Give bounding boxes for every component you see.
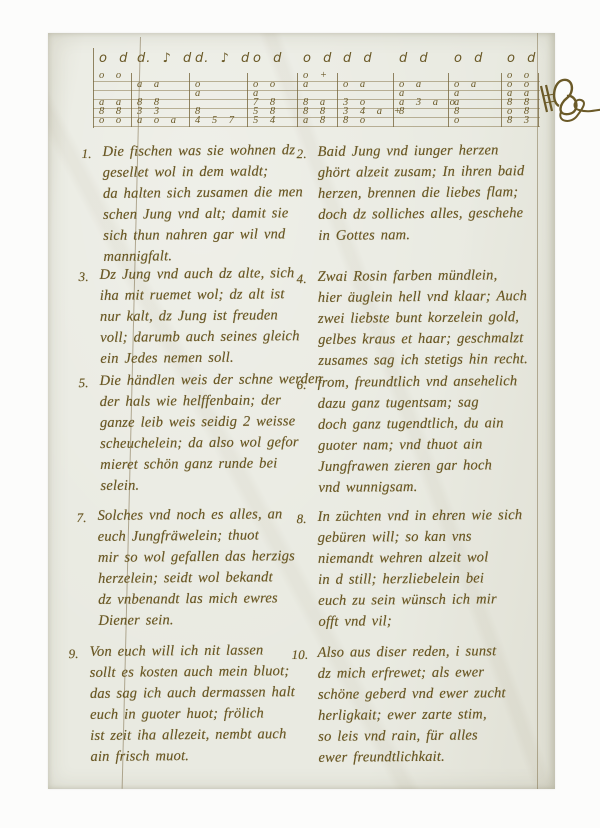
verse-line: euch zu sein wünsch ich mir	[318, 589, 523, 612]
verse-number: 4.	[297, 268, 307, 289]
verse-block: 3.Dz Jung vnd auch dz alte, sichiha mit …	[100, 263, 300, 370]
verse-block: 4.Zwai Rosin farben mündlein,hier äuglei…	[318, 265, 529, 372]
verse-block: 5.Die händlen weis der schne werdender h…	[99, 369, 323, 497]
verse-block: 8.In züchten vnd in ehren wie sichgebüre…	[317, 505, 523, 633]
verse-line: ein Jedes nemen soll.	[100, 347, 300, 370]
verse-line: schen Jung vnd alt; damit sie	[103, 203, 303, 226]
verse-line: ganze leib weis seidig 2 weisse	[100, 411, 323, 434]
verse-line: euch Jungfräwelein; thuot	[98, 525, 295, 548]
verse-line: dazu ganz tugentsam; sag	[318, 392, 518, 415]
verse-line: ist zeit iha allezeit, nembt auch	[90, 724, 295, 747]
verse-line: Also aus diser reden, i sunst	[317, 641, 505, 664]
verse-line: sollt es kosten auch mein bluot;	[90, 661, 295, 684]
verse-line: in Gottes nam.	[318, 224, 525, 247]
verse-columns: 1.Die fischen was sie wohnen dzgesellet …	[48, 33, 555, 789]
verse-line: herzelein; seidt wol bekandt	[98, 567, 295, 590]
verse-line: Von euch will ich nit lassen	[89, 640, 294, 663]
verse-line: guoter nam; vnd thuot ain	[318, 434, 518, 457]
verse-block: 6.from, freundtlich vnd ansehelichdazu g…	[317, 371, 518, 499]
verse-line: ain frisch muot.	[90, 745, 295, 768]
verse-number: 5.	[78, 372, 88, 393]
verse-line: offt vnd vil;	[318, 610, 523, 633]
verse-block: 9.Von euch will ich nit lassensollt es k…	[89, 640, 295, 768]
verse-block: 10.Also aus diser reden, i sunstdz mich …	[317, 641, 506, 769]
verse-line: gelbes kraus et haar; geschmalzt	[318, 328, 528, 351]
verse-line: Solches vnd noch es alles, an	[97, 504, 294, 527]
verse-block: 1.Die fischen was sie wohnen dzgesellet …	[102, 140, 303, 268]
verse-line: mir so wol gefallen das herzigs	[98, 546, 295, 569]
verse-line: euch in guoter huot; frölich	[90, 703, 295, 726]
verse-number: 1.	[81, 143, 91, 164]
verse-line: da halten sich zusamen die men	[103, 182, 303, 205]
verse-line: sich thun nahren gar wil vnd	[103, 224, 303, 247]
verse-line: doch ganz tugendtlich, du ain	[318, 413, 518, 436]
verse-block: 2.Baid Jung vnd iunger herzenghört alzei…	[318, 140, 525, 247]
manuscript-page: o do oa a8 8o od. ♪ da a8 83 3a o ad. ♪ …	[48, 33, 555, 789]
verse-number: 7.	[76, 507, 86, 528]
verse-line: das sag ich auch dermassen halt	[90, 682, 295, 705]
verse-line: Baid Jung vnd iunger herzen	[318, 140, 525, 163]
verse-line: from, freundtlich vnd ansehelich	[317, 371, 517, 394]
verse-number: 2.	[297, 143, 307, 164]
verse-line: Zwai Rosin farben mündlein,	[318, 265, 528, 288]
verse-number: 10.	[291, 644, 308, 665]
verse-line: Jungfrawen zieren gar hoch	[318, 455, 518, 478]
verse-number: 3.	[79, 266, 89, 287]
verse-line: ewer freundtlichkait.	[318, 746, 506, 769]
verse-line: Die händlen weis der schne werden	[99, 369, 322, 392]
verse-line: ghört alzeit zusam; In ihren baid	[318, 161, 525, 184]
verse-line: in d still; herzliebelein bei	[318, 568, 523, 591]
verse-number: 8.	[296, 508, 306, 529]
manuscript-scan: { "page": { "kind": "manuscript-leaf-sca…	[0, 0, 600, 828]
verse-line: nur kalt, dz Jung ist freuden	[100, 305, 300, 328]
verse-line: gebüren will; so kan vns	[318, 526, 523, 549]
verse-line: doch dz solliches alles, geschehe	[318, 203, 525, 226]
verse-line: In züchten vnd in ehren wie sich	[317, 505, 522, 528]
verse-line: niemandt wehren alzeit wol	[318, 547, 523, 570]
verse-line: schöne geberd vnd ewer zucht	[318, 683, 506, 706]
verse-line: dz vnbenandt las mich ewres	[98, 588, 295, 611]
verse-line: Dz Jung vnd auch dz alte, sich	[100, 263, 300, 286]
verse-line: zusames sag ich stetigs hin recht.	[318, 349, 528, 372]
verse-line: zwei liebste bunt korzelein gold,	[318, 307, 528, 330]
verse-line: so leis vnd rain, für alles	[318, 725, 506, 748]
verse-line: Die fischen was sie wohnen dz	[102, 140, 302, 163]
verse-line: gesellet wol in dem waldt;	[103, 161, 303, 184]
verse-line: selein.	[100, 474, 323, 497]
verse-number: 6.	[296, 374, 306, 395]
verse-line: voll; darumb auch seines gleich	[100, 326, 300, 349]
verse-line: herzen, brennen die liebes flam;	[318, 182, 525, 205]
verse-line: vnd wunnigsam.	[318, 476, 518, 499]
verse-line: dz mich erfrewet; als ewer	[318, 662, 506, 685]
verse-line: hier äuglein hell vnd klaar; Auch	[318, 286, 528, 309]
verse-number: 9.	[68, 643, 78, 664]
verse-block: 7.Solches vnd noch es alles, aneuch Jung…	[97, 504, 295, 632]
verse-line: iha mit ruemet wol; dz alt ist	[100, 284, 300, 307]
verse-line: Diener sein.	[98, 609, 295, 632]
verse-line: der hals wie helffenbain; der	[100, 390, 323, 413]
verse-line: scheuchelein; da also wol gefor	[100, 432, 323, 455]
verse-line: mieret schön ganz runde bei	[100, 453, 323, 476]
verse-line: herligkait; ewer zarte stim,	[318, 704, 506, 727]
